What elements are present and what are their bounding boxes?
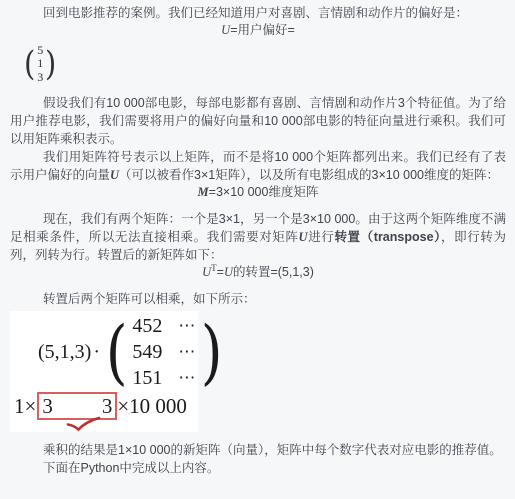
vector-entry: 5 (37, 44, 43, 58)
paragraph-transpose: 现在，我们有两个矩阵：一个是3×1，另一个是3×10 000。由于这两个矩阵维度… (10, 210, 506, 264)
matrix-first-column: 452 549 151 (132, 313, 162, 391)
matrix-ellipsis-column: ⋯ ⋯ ⋯ (178, 313, 195, 391)
close-paren: ) (45, 43, 56, 85)
dimension-suffix: ×10 000 (117, 394, 187, 418)
document-page: 回到电影推荐的案例。我们已经知道用户对喜剧、言情剧和动作片的偏好是： U=用户偏… (0, 0, 515, 477)
matrix-multiplication-image[interactable]: (5,1,3) · ( 452 549 151 ⋯ ⋯ ⋯ ) 1× 3 3 ×… (10, 311, 198, 432)
var-m: M (198, 185, 209, 199)
open-paren: ( (106, 313, 128, 391)
paragraph-matrix-notation-post: （可以被看作3×1矩阵），以及所有电影组成的3×10 000维度的矩阵： (119, 168, 499, 182)
var-u: U (299, 230, 308, 244)
paragraph-intro: 回到电影推荐的案例。我们已经知道用户对喜剧、言情剧和动作片的偏好是： (10, 4, 506, 22)
matrix-cell: 151 (132, 365, 162, 391)
paragraph-multiply-intro: 转置后两个矩阵可以相乘，如下所示： (10, 290, 506, 308)
formula-matrix-m: M=3×10 000维度矩阵 (10, 184, 506, 200)
vector-entry: 1 (37, 57, 43, 71)
formula-u-transpose: UT=U的转置=(5,1,3) (10, 264, 506, 280)
equals-sign: = (217, 265, 224, 279)
ellipsis: ⋯ (178, 313, 195, 339)
matrix-cell: 549 (132, 339, 162, 365)
formula-u-transpose-text: 的转置=(5,1,3) (233, 265, 314, 279)
formula-matrix-m-text: =3×10 000维度矩阵 (209, 185, 319, 199)
var-u: U (224, 265, 233, 279)
paragraph-movies: 假设我们有10 000部电影，每部电影都有喜剧、言情剧和动作片3个特征值。为了给… (10, 94, 506, 148)
formula-user-preference: U=用户偏好= (10, 22, 506, 38)
paragraph-python: 下面在Python中完成以上内容。 (10, 459, 506, 477)
inner-dimension-right: 3 (102, 394, 113, 418)
var-u: U (221, 23, 230, 37)
paragraph-transpose-mid: 进行 (308, 230, 335, 244)
matrix-cell: 452 (132, 313, 162, 339)
paragraph-matrix-notation: 我们用矩阵符号表示以上矩阵，而不是将10 000个矩阵都列出来。我们已经有了表示… (10, 148, 506, 184)
formula-user-preference-text: =用户偏好= (230, 23, 295, 37)
dimension-prefix: 1× (14, 394, 36, 418)
inner-dimension-left: 3 (42, 394, 53, 418)
matrix-product-expression: (5,1,3) · ( 452 549 151 ⋯ ⋯ ⋯ ) (38, 312, 226, 392)
open-paren: ( (24, 43, 35, 85)
vector-entry: 3 (37, 71, 43, 85)
vector-u-entries: 5 1 3 (37, 44, 43, 85)
ellipsis: ⋯ (178, 339, 195, 365)
row-vector: (5,1,3) (38, 343, 91, 361)
ellipsis: ⋯ (178, 365, 195, 391)
paragraph-result: 乘积的结果是1×10 000的新矩阵（向量），矩阵中每个数字代表对应电影的推荐值… (10, 441, 506, 459)
dot-operator: · (93, 343, 100, 361)
vector-u-figure: ( 5 1 3 ) (23, 42, 506, 86)
var-u: U (202, 265, 211, 279)
var-u: U (110, 168, 119, 182)
close-paren: ) (201, 313, 223, 391)
transpose-bold-term: 转置（transpose） (334, 230, 441, 244)
checkmark-icon (66, 416, 102, 432)
